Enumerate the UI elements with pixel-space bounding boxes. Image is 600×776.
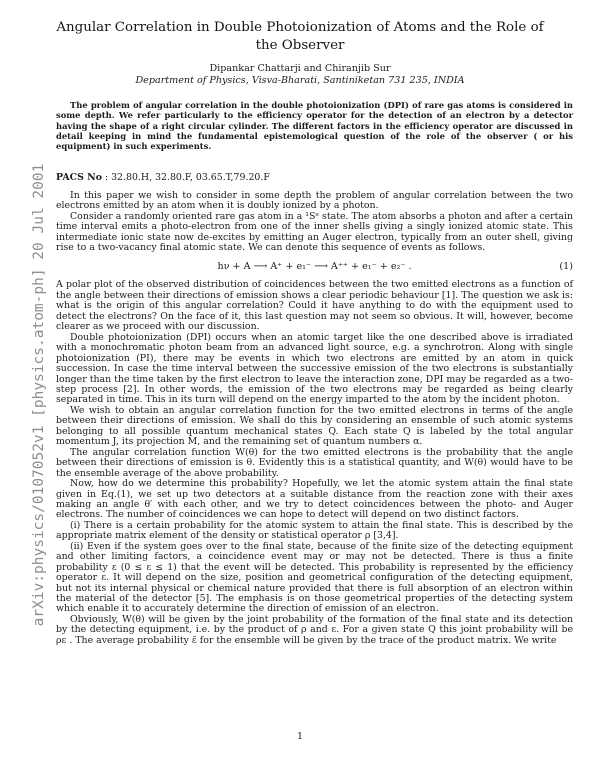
pacs-value: : 32.80.H, 32.80.F, 03.65.T,79.20.F (102, 172, 270, 183)
paper-affiliation: Department of Physics, Visva-Bharati, Sa… (0, 75, 600, 87)
paragraph-intro: In this paper we wish to consider in som… (56, 191, 573, 212)
paragraph-factor-ii: (ii) Even if the system goes over to the… (56, 542, 573, 615)
equation-1-expression: hν + A ⟶ A⁺ + e₁⁻ ⟶ A⁺⁺ + e₁⁻ + e₂⁻ . (217, 261, 411, 272)
equation-1-number: (1) (559, 260, 573, 273)
arxiv-watermark: arXiv:physics/0107052v1 [physics.atom-ph… (31, 164, 47, 627)
paper-abstract: The problem of angular correlation in th… (56, 100, 573, 152)
paragraph-determine-probability: Now, how do we determine this probabilit… (56, 479, 573, 521)
paragraph-consider-atom: Consider a randomly oriented rare gas at… (56, 212, 573, 254)
paper-title: Angular Correlation in Double Photoioniz… (48, 19, 553, 54)
paper-page: arXiv:physics/0107052v1 [physics.atom-ph… (0, 0, 600, 776)
paragraph-dpi-description: Double photoionization (DPI) occurs when… (56, 333, 573, 406)
equation-1: hν + A ⟶ A⁺ + e₁⁻ ⟶ A⁺⁺ + e₁⁻ + e₂⁻ . (1… (56, 260, 573, 273)
paper-authors: Dipankar Chattarji and Chiranjib Sur (0, 63, 600, 75)
paragraph-factor-i: (i) There is a certain probability for t… (56, 521, 573, 542)
paragraph-w-theta-definition: The angular correlation function W(θ) fo… (56, 448, 573, 479)
page-number: 1 (0, 731, 600, 742)
pacs-label: PACS No (56, 172, 102, 183)
paragraph-correlation-function-goal: We wish to obtain an angular correlation… (56, 406, 573, 448)
paper-content: Angular Correlation in Double Photoioniz… (0, 0, 600, 646)
pacs-line: PACS No : 32.80.H, 32.80.F, 03.65.T,79.2… (56, 172, 573, 183)
paragraph-polar-plot: A polar plot of the observed distributio… (56, 280, 573, 332)
paragraph-joint-probability: Obviously, W(θ) will be given by the joi… (56, 615, 573, 646)
